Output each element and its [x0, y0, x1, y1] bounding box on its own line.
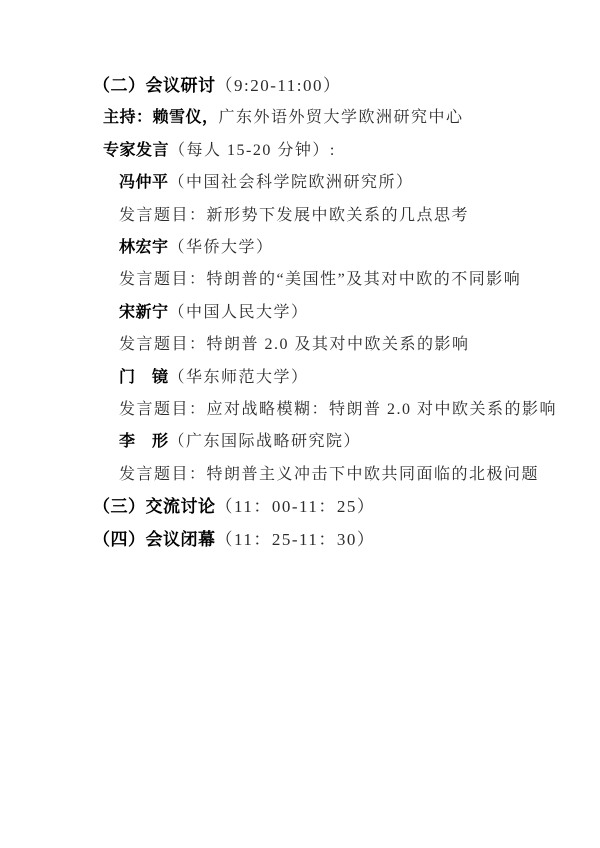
section-heading-4-time: （11：25-11：30）	[216, 530, 376, 549]
topic-label: 发言题目：	[119, 401, 207, 418]
section-heading-4: （四）会议闭幕（11：25-11：30）	[93, 524, 560, 556]
speaker-affiliation: （中国人民大学）	[169, 304, 309, 321]
section-heading-2: （二）会议研讨（9:20-11:00）	[93, 70, 560, 102]
topic-line: 发言题目：新形势下发展中欧关系的几点思考	[93, 200, 560, 232]
speaker-affiliation: （华侨大学）	[169, 239, 274, 256]
speaker-line: 冯仲平（中国社会科学院欧洲研究所）	[93, 167, 560, 199]
speaker-line: 门 镜（华东师范大学）	[93, 362, 560, 394]
agenda-document-page: （二）会议研讨（9:20-11:00） 主持：赖雪仪，广东外语外贸大学欧洲研究中…	[0, 0, 600, 848]
topic-label: 发言题目：	[119, 207, 207, 224]
speaker-line: 林宏宇（华侨大学）	[93, 232, 560, 264]
section-heading-3-title: （三）交流讨论	[93, 497, 216, 516]
experts-label: 专家发言	[103, 142, 169, 159]
speaker-name: 门 镜	[119, 369, 169, 386]
topic-line: 发言题目：特朗普 2.0 及其对中欧关系的影响	[93, 329, 560, 361]
speaker-name: 李 形	[119, 433, 169, 450]
topic-text: 特朗普 2.0 及其对中欧关系的影响	[207, 336, 470, 353]
topic-label: 发言题目：	[119, 336, 207, 353]
section-heading-3: （三）交流讨论（11：00-11：25）	[93, 491, 560, 523]
speaker-line: 李 形（广东国际战略研究院）	[93, 426, 560, 458]
speaker-name: 冯仲平	[119, 174, 169, 191]
topic-label: 发言题目：	[119, 271, 207, 288]
host-name: 赖雪仪，	[153, 109, 219, 126]
speaker-line: 宋新宁（中国人民大学）	[93, 297, 560, 329]
topic-text: 特朗普主义冲击下中欧共同面临的北极问题	[207, 466, 540, 483]
topic-text: 应对战略模糊：特朗普 2.0 对中欧关系的影响	[207, 401, 558, 418]
experts-note: （每人 15-20 分钟）:	[169, 142, 336, 159]
host-label: 主持：	[103, 109, 153, 126]
speaker-affiliation: （华东师范大学）	[169, 369, 309, 386]
topic-text: 新形势下发展中欧关系的几点思考	[207, 207, 470, 224]
speaker-name: 宋新宁	[119, 304, 169, 321]
host-line: 主持：赖雪仪，广东外语外贸大学欧洲研究中心	[93, 102, 560, 134]
topic-text: 特朗普的“美国性”及其对中欧的不同影响	[207, 271, 522, 288]
topic-line: 发言题目：应对战略模糊：特朗普 2.0 对中欧关系的影响	[93, 394, 560, 426]
host-affiliation: 广东外语外贸大学欧洲研究中心	[219, 109, 464, 126]
experts-heading-line: 专家发言（每人 15-20 分钟）:	[93, 135, 560, 167]
topic-label: 发言题目：	[119, 466, 207, 483]
section-heading-2-title: （二）会议研讨	[93, 76, 216, 95]
topic-line: 发言题目：特朗普的“美国性”及其对中欧的不同影响	[93, 264, 560, 296]
speaker-affiliation: （广东国际战略研究院）	[169, 433, 362, 450]
section-heading-4-title: （四）会议闭幕	[93, 530, 216, 549]
section-heading-3-time: （11：00-11：25）	[216, 497, 376, 516]
section-heading-2-time: （9:20-11:00）	[216, 76, 342, 95]
topic-line: 发言题目：特朗普主义冲击下中欧共同面临的北极问题	[93, 459, 560, 491]
speaker-affiliation: （中国社会科学院欧洲研究所）	[169, 174, 414, 191]
speaker-name: 林宏宇	[119, 239, 169, 256]
